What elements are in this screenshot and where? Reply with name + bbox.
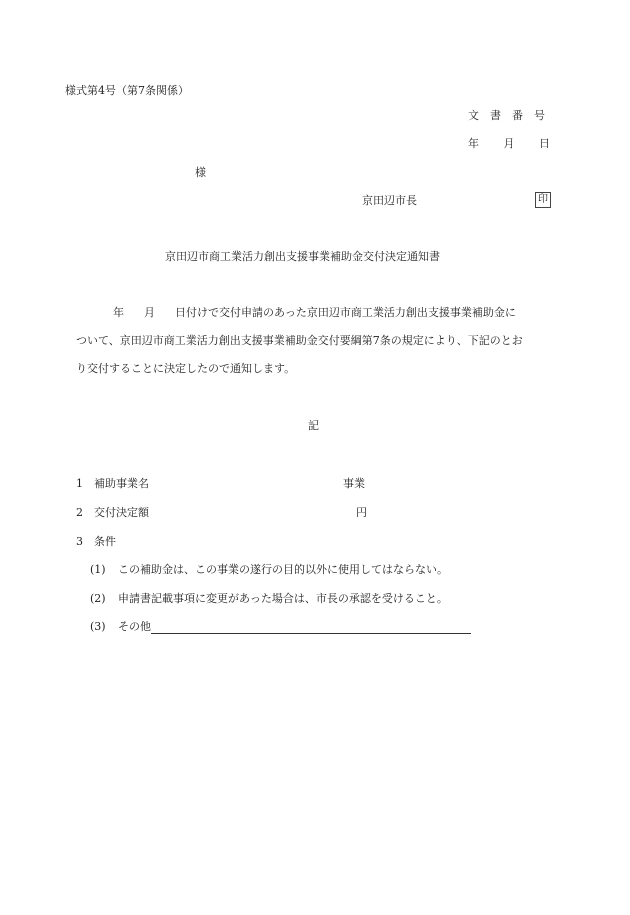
item-label: 条件 [94, 535, 116, 548]
other-conditions-blank-line [151, 620, 471, 634]
body-line-3: り交付することに決定したので通知します。 [76, 362, 295, 376]
seal-icon: 印 [535, 192, 551, 208]
item-number: 3 [76, 535, 94, 549]
document-number-label: 文書番号 [468, 109, 556, 123]
item-grant-amount: 2交付決定額 [76, 506, 149, 520]
item-amount-unit: 円 [356, 506, 367, 520]
condition-2: (2)申請書記載事項に変更があった場合は、市長の承認を受けること。 [90, 592, 448, 606]
item-number: 2 [76, 506, 94, 520]
body-line-1-text: 日付けで交付申請のあった京田辺市商工業活力創出支援事業補助金に [175, 306, 516, 319]
form-number: 様式第4号（第7条関係） [65, 84, 189, 98]
item-conditions: 3条件 [76, 535, 116, 549]
note-heading: 記 [308, 419, 319, 433]
condition-number: (2) [90, 592, 118, 606]
item-number: 1 [76, 477, 94, 491]
condition-text: 申請書記載事項に変更があった場合は、市長の承認を受けること。 [118, 592, 448, 605]
issue-date-labels: 年 月 日 [468, 137, 550, 151]
body-date-year: 年 [113, 306, 124, 319]
sender-title: 京田辺市長 [362, 194, 417, 208]
date-year-label: 年 [468, 137, 479, 151]
body-line-2: ついて、京田辺市商工業活力創出支援事業補助金交付要綱第7条の規定により、下記のと… [76, 334, 523, 348]
condition-3: (3)その他 [90, 620, 471, 634]
document-title: 京田辺市商工業活力創出支援事業補助金交付決定通知書 [165, 250, 440, 264]
item-label: 補助事業名 [94, 477, 149, 490]
body-date-month: 月 [144, 306, 155, 319]
item-project-name: 1補助事業名 [76, 477, 149, 491]
condition-text: この補助金は、この事業の遂行の目的以外に使用してはならない。 [118, 563, 448, 576]
condition-1: (1)この補助金は、この事業の遂行の目的以外に使用してはならない。 [90, 563, 448, 577]
date-day-label: 日 [539, 137, 550, 151]
condition-text: その他 [118, 620, 151, 633]
item-label: 交付決定額 [94, 506, 149, 519]
date-month-label: 月 [504, 137, 515, 151]
body-line-1: 年月日付けで交付申請のあった京田辺市商工業活力創出支援事業補助金に [113, 306, 516, 320]
recipient-honorific: 様 [195, 166, 206, 180]
condition-number: (1) [90, 563, 118, 577]
item-project-suffix: 事業 [343, 477, 365, 491]
condition-number: (3) [90, 620, 118, 634]
